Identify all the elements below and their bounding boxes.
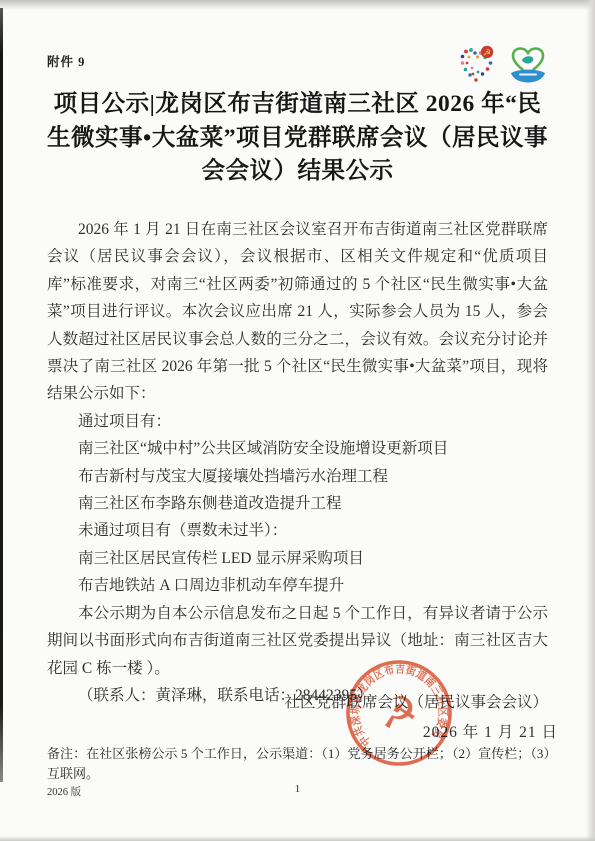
footnote: 备注：在社区张榜公示 5 个工作日，公示渠道：（1）党务居务公开栏；（2）宣传栏…	[47, 744, 550, 783]
scan-edge-bottom	[0, 836, 595, 841]
signature-org: 社区党群联席会议（居民议事会会议）	[47, 688, 548, 718]
official-red-seal: 中共深圳市龙岗区布吉街道南三社区委员会 ☭	[328, 642, 471, 785]
paragraph: 南三社区布李路东侧巷道改造提升工程	[47, 490, 548, 517]
scan-edge-left	[0, 8, 3, 782]
header-logos: ☭	[457, 44, 549, 86]
paragraph: 2026 年 1 月 21 日在南三社区会议室召开布吉街道南三社区党群联席会议（…	[47, 216, 548, 408]
paragraph: 未通过项目有（票数未过半）：	[47, 517, 548, 544]
attachment-label: 附件 9	[47, 52, 85, 70]
green-heart-hands-logo-icon	[507, 44, 549, 86]
paragraph: 布吉地铁站 A 口周边非机动车停车提升	[47, 572, 548, 599]
scan-edge-top	[0, 0, 595, 10]
document-body: 2026 年 1 月 21 日在南三社区会议室召开布吉街道南三社区党群联席会议（…	[47, 216, 548, 709]
paragraph: 南三社区“城中村”公共区域消防安全设施增设更新项目	[47, 435, 548, 462]
scan-edge-right	[586, 0, 595, 841]
page-title: 项目公示|龙岗区布吉街道南三社区 2026 年“民生微实事•大盆菜”项目党群联席…	[45, 88, 550, 189]
paragraph: 通过项目有：	[47, 408, 548, 435]
page-number: 1	[0, 783, 595, 795]
svg-text:☭: ☭	[378, 686, 421, 739]
minsheng-colorful-heart-logo-icon: ☭	[457, 44, 497, 86]
signature-block: 社区党群联席会议（居民议事会会议） 2026 年 1 月 21 日	[47, 688, 548, 748]
paragraph: 南三社区居民宣传栏 LED 显示屏采购项目	[47, 545, 548, 572]
paragraph: 布吉新村与茂宝大厦接壤处挡墙污水治理工程	[47, 463, 548, 490]
svg-text:☭: ☭	[483, 48, 491, 58]
document-page: 附件 9	[0, 0, 595, 841]
paragraph: 本公示期为自本公示信息发布之日起 5 个工作日，有异议者请于公示期间以书面形式向…	[47, 600, 548, 682]
